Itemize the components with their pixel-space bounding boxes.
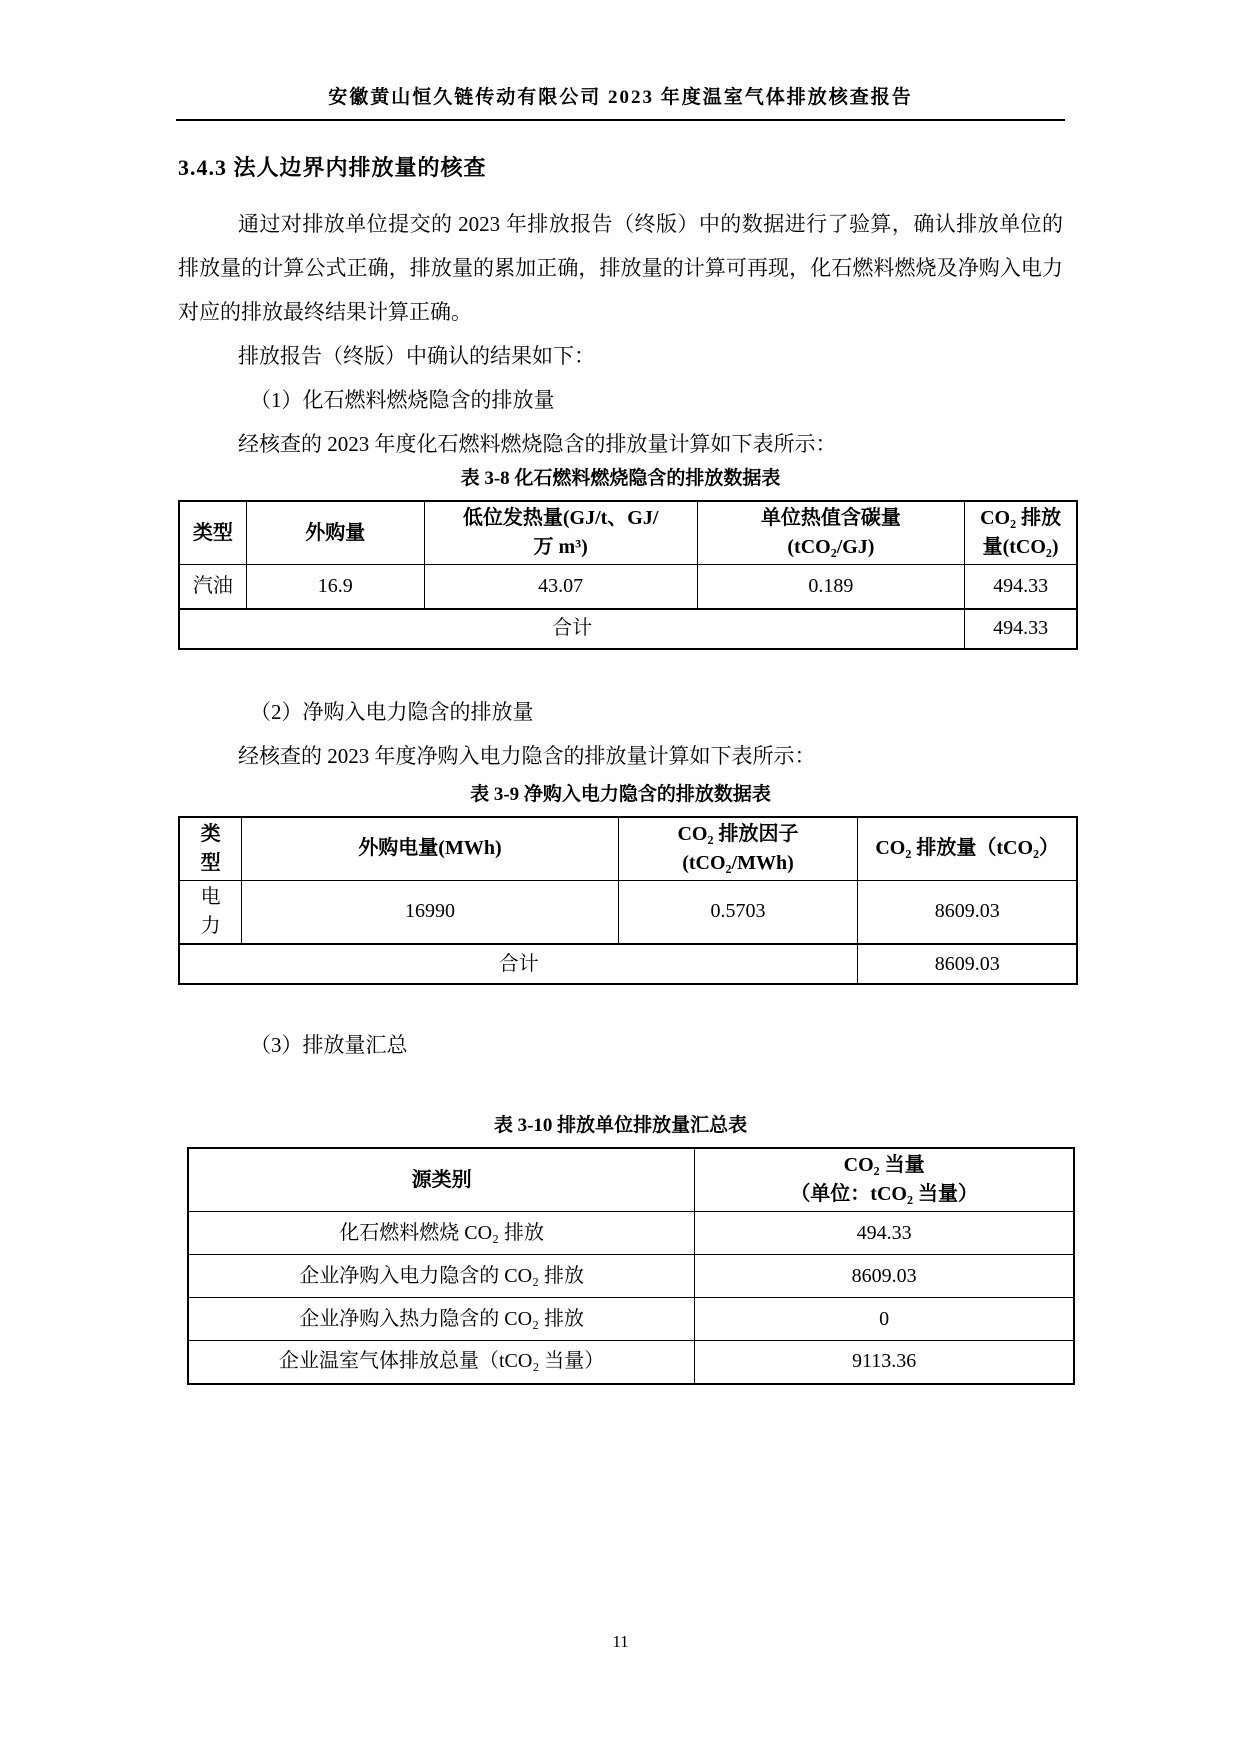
- item-1-intro-line: 经核查的 2023 年度化石燃料燃烧隐含的排放量计算如下表所示：: [178, 422, 1063, 466]
- cell-net-calorific-value: 43.07: [424, 565, 697, 609]
- table-3-8-fossil-fuel-emissions: 类型 外购量 低位发热量(GJ/t、GJ/ 万 m³) 单位热值含碳量 (tCO…: [178, 500, 1078, 650]
- cell-source-value: 9113.36: [695, 1341, 1074, 1384]
- header-divider: [176, 119, 1065, 121]
- item-1-heading: （1）化石燃料燃烧隐含的排放量: [178, 378, 1063, 422]
- cell-source-value: 8609.03: [695, 1255, 1074, 1298]
- item-3-heading: （3）排放量汇总: [178, 1023, 1063, 1067]
- table-3-8-caption: 表 3-8 化石燃料燃烧隐含的排放数据表: [178, 466, 1063, 492]
- header-cell-emission-factor: CO₂ 排放因子 (tCO₂/MWh): [618, 817, 858, 881]
- cell-source-label: 化石燃料燃烧 CO₂ 排放: [188, 1212, 695, 1255]
- table-3-10-row-heat: 企业净购入热力隐含的 CO₂ 排放 0: [188, 1298, 1074, 1341]
- total-value-cell: 494.33: [965, 609, 1077, 649]
- cell-fuel-type: 汽油: [179, 565, 246, 609]
- table-3-10-row-electricity: 企业净购入电力隐含的 CO₂ 排放 8609.03: [188, 1255, 1074, 1298]
- body-text-block: 通过对排放单位提交的 2023 年排放报告（终版）中的数据进行了验算，确认排放单…: [178, 202, 1063, 466]
- section-heading: 3.4.3 法人边界内排放量的核查: [178, 151, 1063, 182]
- cell-co2-emission: 8609.03: [858, 880, 1077, 944]
- results-intro-line: 排放报告（终版）中确认的结果如下：: [178, 334, 1063, 378]
- cell-type-electricity: 电 力: [179, 880, 242, 944]
- cell-carbon-content: 0.189: [697, 565, 965, 609]
- header-cell-purchased-amount: 外购量: [246, 501, 424, 565]
- running-head-title: 安徽黄山恒久链传动有限公司 2023 年度温室气体排放核查报告: [0, 0, 1241, 109]
- header-cell-net-calorific-value: 低位发热量(GJ/t、GJ/ 万 m³): [424, 501, 697, 565]
- table-3-10-caption: 表 3-10 排放单位排放量汇总表: [178, 1113, 1063, 1139]
- page-number: 11: [0, 1632, 1241, 1652]
- table-3-9-total-row: 合计 8609.03: [179, 944, 1077, 984]
- cell-source-label: 企业温室气体排放总量（tCO₂ 当量）: [188, 1341, 695, 1384]
- cell-source-value: 494.33: [695, 1212, 1074, 1255]
- table-3-8-header-row: 类型 外购量 低位发热量(GJ/t、GJ/ 万 m³) 单位热值含碳量 (tCO…: [179, 501, 1077, 565]
- table-3-9-header-row: 类 型 外购电量(MWh) CO₂ 排放因子 (tCO₂/MWh) CO₂ 排放…: [179, 817, 1077, 881]
- table-3-8-total-row: 合计 494.33: [179, 609, 1077, 649]
- header-cell-co2-emission: CO₂ 排放量（tCO₂）: [858, 817, 1077, 881]
- table-3-9-data-row-electricity: 电 力 16990 0.5703 8609.03: [179, 880, 1077, 944]
- cell-emission-factor: 0.5703: [618, 880, 858, 944]
- cell-source-value: 0: [695, 1298, 1074, 1341]
- cell-source-label: 企业净购入电力隐含的 CO₂ 排放: [188, 1255, 695, 1298]
- cell-purchased-electricity: 16990: [242, 880, 618, 944]
- total-label-cell: 合计: [179, 944, 858, 984]
- verification-paragraph: 通过对排放单位提交的 2023 年排放报告（终版）中的数据进行了验算，确认排放单…: [178, 202, 1063, 334]
- table-3-8-data-row-gasoline: 汽油 16.9 43.07 0.189 494.33: [179, 565, 1077, 609]
- table-3-9-caption: 表 3-9 净购入电力隐含的排放数据表: [178, 782, 1063, 808]
- header-cell-co2-equivalent: CO₂ 当量 （单位：tCO₂ 当量）: [695, 1148, 1074, 1212]
- table-3-10-header-row: 源类别 CO₂ 当量 （单位：tCO₂ 当量）: [188, 1148, 1074, 1212]
- header-cell-co2-emission: CO₂ 排放 量(tCO₂): [965, 501, 1077, 565]
- header-cell-type: 类 型: [179, 817, 242, 881]
- table-3-10-row-total: 企业温室气体排放总量（tCO₂ 当量） 9113.36: [188, 1341, 1074, 1384]
- header-cell-carbon-content: 单位热值含碳量 (tCO₂/GJ): [697, 501, 965, 565]
- item-2-intro-line: 经核查的 2023 年度净购入电力隐含的排放量计算如下表所示：: [178, 734, 1063, 778]
- table-3-10-emission-summary: 源类别 CO₂ 当量 （单位：tCO₂ 当量） 化石燃料燃烧 CO₂ 排放 49…: [187, 1147, 1075, 1385]
- total-label-cell: 合计: [179, 609, 965, 649]
- item-2-heading: （2）净购入电力隐含的排放量: [178, 690, 1063, 734]
- cell-source-label: 企业净购入热力隐含的 CO₂ 排放: [188, 1298, 695, 1341]
- header-cell-purchased-electricity: 外购电量(MWh): [242, 817, 618, 881]
- header-cell-type: 类型: [179, 501, 246, 565]
- total-value-cell: 8609.03: [858, 944, 1077, 984]
- page-content: 3.4.3 法人边界内排放量的核查 通过对排放单位提交的 2023 年排放报告（…: [178, 151, 1063, 1385]
- cell-purchased-amount: 16.9: [246, 565, 424, 609]
- cell-co2-emission: 494.33: [965, 565, 1077, 609]
- table-3-9-purchased-electricity-emissions: 类 型 外购电量(MWh) CO₂ 排放因子 (tCO₂/MWh) CO₂ 排放…: [178, 816, 1078, 986]
- report-page: 安徽黄山恒久链传动有限公司 2023 年度温室气体排放核查报告 3.4.3 法人…: [0, 0, 1241, 1754]
- header-cell-source-category: 源类别: [188, 1148, 695, 1212]
- table-3-10-row-fossil-fuel: 化石燃料燃烧 CO₂ 排放 494.33: [188, 1212, 1074, 1255]
